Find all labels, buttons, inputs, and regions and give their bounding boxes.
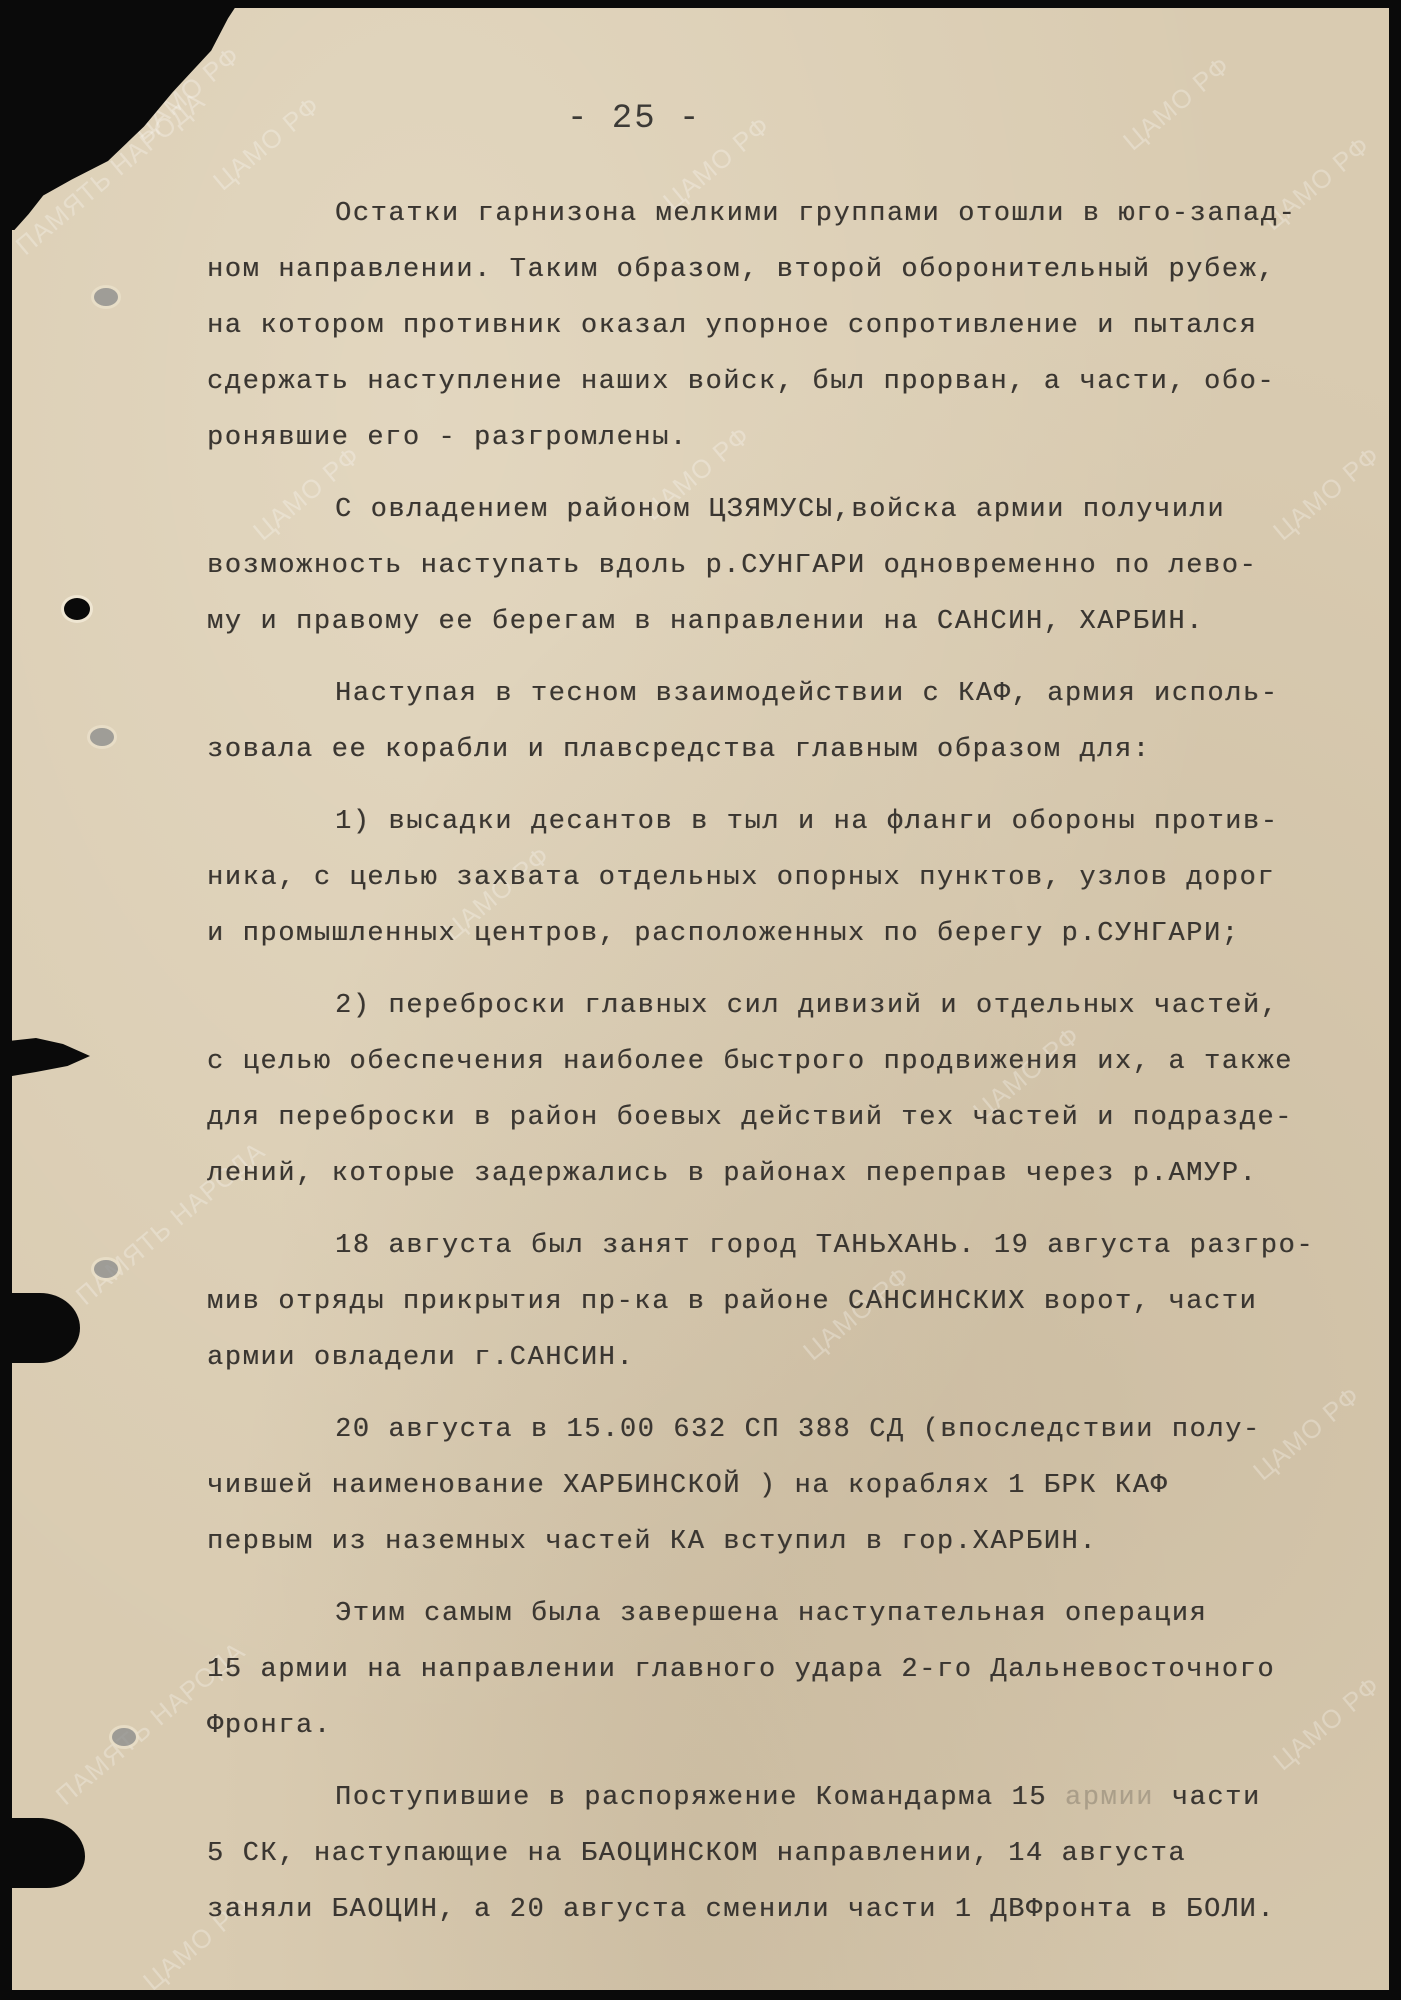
torn-edge bbox=[12, 1818, 85, 1888]
binding-hole bbox=[112, 1728, 136, 1746]
text-line: и промышленных центров, расположенных по… bbox=[207, 906, 1387, 962]
text-line: Поступившие в распоряжение Командарма 15… bbox=[207, 1770, 1387, 1826]
paragraph: 18 августа был занят город ТАНЬХАНЬ. 19 … bbox=[207, 1218, 1387, 1386]
text-line: 5 СК, наступающие на БАОЦИНСКОМ направле… bbox=[207, 1826, 1387, 1882]
document-body: Остатки гарнизона мелкими группами отошл… bbox=[207, 186, 1387, 1954]
watermark: ЦАМО РФ bbox=[1117, 50, 1236, 157]
page-number: - 25 - bbox=[567, 100, 701, 138]
text-line: лений, которые задержались в районах пер… bbox=[207, 1146, 1387, 1202]
list-item-2: 2) переброски главных сил дивизий и отде… bbox=[207, 978, 1387, 1202]
binding-hole bbox=[90, 728, 114, 746]
text-line: ном направлении. Таким образом, второй о… bbox=[207, 242, 1387, 298]
text-line: с целью обеспечения наиболее быстрого пр… bbox=[207, 1034, 1387, 1090]
text-line: возможность наступать вдоль р.СУНГАРИ од… bbox=[207, 538, 1387, 594]
faded-word: армии bbox=[1065, 1783, 1154, 1813]
text-line: 20 августа в 15.00 632 СП 388 СД (впосле… bbox=[207, 1402, 1387, 1458]
paragraph: 20 августа в 15.00 632 СП 388 СД (впосле… bbox=[207, 1402, 1387, 1570]
text-line: на котором противник оказал упорное сопр… bbox=[207, 298, 1387, 354]
torn-corner bbox=[12, 8, 240, 230]
binding-hole bbox=[94, 1260, 118, 1278]
paragraph: Поступившие в распоряжение Командарма 15… bbox=[207, 1770, 1387, 1938]
text-line: Наступая в тесном взаимодействии с КАФ, … bbox=[207, 666, 1387, 722]
text-line: Остатки гарнизона мелкими группами отошл… bbox=[207, 186, 1387, 242]
text-segment: Поступившие в распоряжение Командарма 15 bbox=[335, 1783, 1065, 1813]
text-line: мив отряды прикрытия пр-ка в районе САНС… bbox=[207, 1274, 1387, 1330]
binding-hole bbox=[94, 288, 118, 306]
binding-hole bbox=[64, 598, 90, 620]
text-line: С овладением районом ЦЗЯМУСЫ,войска арми… bbox=[207, 482, 1387, 538]
text-line: заняли БАОЦИН, а 20 августа сменили част… bbox=[207, 1882, 1387, 1938]
text-line: 18 августа был занят город ТАНЬХАНЬ. 19 … bbox=[207, 1218, 1387, 1274]
text-line: первым из наземных частей КА вступил в г… bbox=[207, 1514, 1387, 1570]
text-line: ника, с целью захвата отдельных опорных … bbox=[207, 850, 1387, 906]
text-line: му и правому ее берегам в направлении на… bbox=[207, 594, 1387, 650]
text-line: 1) высадки десантов в тыл и на фланги об… bbox=[207, 794, 1387, 850]
text-line: 2) переброски главных сил дивизий и отде… bbox=[207, 978, 1387, 1034]
text-line: чившей наименование ХАРБИНСКОЙ ) на кора… bbox=[207, 1458, 1387, 1514]
text-line: зовала ее корабли и плавсредства главным… bbox=[207, 722, 1387, 778]
text-line: 15 армии на направлении главного удара 2… bbox=[207, 1642, 1387, 1698]
document-page: ПАМЯТЬ НАРОДА ЦАМО РФ ЦАМО РФ ЦАМО РФ ЦА… bbox=[12, 8, 1389, 1990]
paragraph: Наступая в тесном взаимодействии с КАФ, … bbox=[207, 666, 1387, 778]
paragraph: Этим самым была завершена наступательная… bbox=[207, 1586, 1387, 1754]
torn-edge bbox=[12, 1038, 90, 1078]
paragraph: С овладением районом ЦЗЯМУСЫ,войска арми… bbox=[207, 482, 1387, 650]
list-item-1: 1) высадки десантов в тыл и на фланги об… bbox=[207, 794, 1387, 962]
text-line: Этим самым была завершена наступательная… bbox=[207, 1586, 1387, 1642]
text-line: Фронга. bbox=[207, 1698, 1387, 1754]
torn-edge bbox=[12, 1293, 80, 1363]
text-line: для переброски в район боевых действий т… bbox=[207, 1090, 1387, 1146]
watermark: ЦАМО РФ bbox=[207, 90, 326, 197]
text-line: сдержать наступление наших войск, был пр… bbox=[207, 354, 1387, 410]
text-segment: части bbox=[1154, 1783, 1261, 1813]
text-line: ронявшие его - разгромлены. bbox=[207, 410, 1387, 466]
paragraph: Остатки гарнизона мелкими группами отошл… bbox=[207, 186, 1387, 466]
text-line: армии овладели г.САНСИН. bbox=[207, 1330, 1387, 1386]
